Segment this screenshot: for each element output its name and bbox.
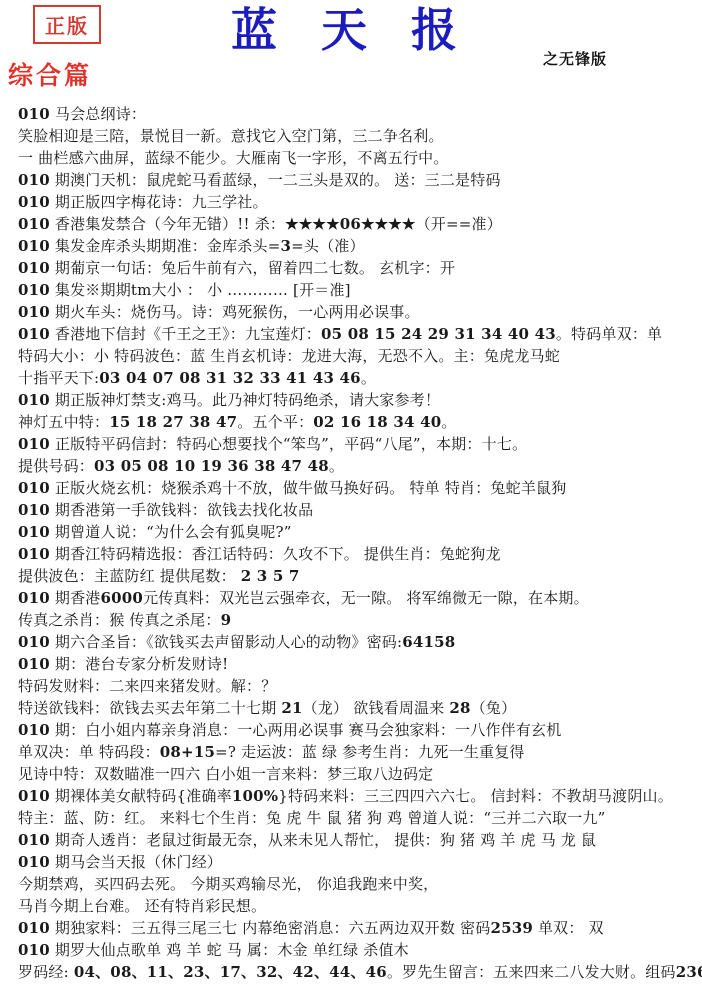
report-line: 一 曲栏感六曲屏，蓝绿不能少。大雁南飞一字形，不离五行中。 [18, 147, 700, 169]
report-line: 010 期葡京一句话：兔后牛前有六，留着四二七数。 玄机字：开 [18, 257, 700, 279]
report-line: 传真之杀肖：猴 传真之杀尾：9 [18, 609, 700, 631]
report-line: 单双决：单 特码段：08+15=? 走运波：蓝 绿 参考生肖：九死一生重复得 [18, 741, 700, 763]
report-line: 010 期正版四字梅花诗：九三学社。 [18, 191, 700, 213]
report-line: 010 期：白小姐内幕亲身消息：一心两用必误事 赛马会独家料：一八作伴有玄机 [18, 719, 700, 741]
report-line: 笑脸相迎是三陪，景悦目一新。意找它入空门第，三二争名利。 [18, 125, 700, 147]
report-line: 010 期：港台专家分析发财诗! [18, 653, 700, 675]
report-line: 010 集发※期期tm大小 ： 小 ………… [开＝准] [18, 279, 700, 301]
report-line: 提供号码：03 05 08 10 19 36 38 47 48。 [18, 455, 700, 477]
report-line: 010 香港地下信封《千王之王》：九宝莲灯：05 08 15 24 29 31 … [18, 323, 700, 345]
report-line: 010 马会总纲诗： [18, 103, 700, 125]
report-line: 010 期澳门天机：鼠虎蛇马看蓝绿，一二三头是双的。 送：三二是特码 [18, 169, 700, 191]
report-line: 见诗中特：双数瞄准一四六 白小姐一言来料：梦三取八边码定 [18, 763, 700, 785]
report-line: 神灯五中特：15 18 27 38 47。五个平：02 16 18 34 40。 [18, 411, 700, 433]
report-line: 特码大小：小 特码波色：蓝 生肖玄机诗：龙进大海，无恐不入。主：兔虎龙马蛇 [18, 345, 700, 367]
report-line: 010 期罗大仙点歌单 鸡 羊 蛇 马 属：木金 单红绿 杀值木 [18, 939, 700, 961]
report-line: 010 期六合圣旨：《欲钱买去声留影动人心的动物》密码:64158 [18, 631, 700, 653]
report-line: 罗码经: 04、08、11、23、17、32、42、44、46。罗先生留言：五来… [18, 961, 700, 983]
report-line: 010 期马会当天报（休门经） [18, 851, 700, 873]
report-line: 010 期正版神灯禁支:鸡马。此乃神灯特码绝杀，请大家参考！ [18, 389, 700, 411]
report-body: 010 马会总纲诗： 笑脸相迎是三陪，景悦目一新。意找它入空门第，三二争名利。 … [18, 103, 700, 983]
report-line: 010 正版火烧玄机：烧猴杀鸡十不放，做牛做马换好码。 特单 特肖：兔蛇羊鼠狗 [18, 477, 700, 499]
report-line: 010 期火车头：烧伤马。诗：鸡死猴伤，一心两用必误事。 [18, 301, 700, 323]
report-line: 010 期香港第一手欲钱料：欲钱去找化妆品 [18, 499, 700, 521]
report-line: 010 期裸体美女献特码{准确率100%}特码来料：三三四四六六七。 信封料：不… [18, 785, 700, 807]
report-line: 特主：蓝、防：红。 来料七个生肖：兔 虎 牛 鼠 猪 狗 鸡 曾道人说：“三并二… [18, 807, 700, 829]
report-line: 010 集发金库杀头期期准：金库杀头=3=头（准） [18, 235, 700, 257]
edition-label: 之无锋版 [543, 48, 607, 69]
report-line: 特送欲钱料：欲钱去买去年第二十七期 21（龙） 欲钱看周温来 28（兔） [18, 697, 700, 719]
section-title: 综合篇 [8, 56, 92, 92]
report-line: 010 正版特平码信封：特码心想要找个“笨鸟”，平码“八尾”，本期：十七。 [18, 433, 700, 455]
report-line: 特码发财料：二来四来猪发财。解：？ [18, 675, 700, 697]
report-line: 010 期独家料：三五得三尾三七 内幕绝密消息：六五两边双开数 密码2539 单… [18, 917, 700, 939]
report-line: 010 香港集发禁合（今年无错）!! 杀：★★★★06★★★★（开==准） [18, 213, 700, 235]
newspaper-page: 正版 蓝 天 报 之无锋版 综合篇 010 马会总纲诗： 笑脸相迎是三陪，景悦目… [0, 0, 702, 997]
report-line: 010 期奇人透肖：老鼠过街最无奈，从来未见人帮忙， 提供：狗 猪 鸡 羊 虎 … [18, 829, 700, 851]
report-line: 010 期曾道人说：“为什么会有狐臭呢?” [18, 521, 700, 543]
report-line: 010 期香江特码精选报：香江话特码：久攻不下。 提供生肖：兔蛇狗龙 [18, 543, 700, 565]
report-line: 提供波色：主蓝防红 提供尾数： 2 3 5 7 [18, 565, 700, 587]
report-line: 今期禁鸡，买四码去死。 今期买鸡输尽光， 你追我跑来中奖， [18, 873, 700, 895]
report-line: 马肖今期上台难。 还有特肖彩民想。 [18, 895, 700, 917]
report-line: 010 期香港6000元传真料：双光岂云强牵衣，无一隙。 将军绵微无一隙，在本期… [18, 587, 700, 609]
report-line: 十指平天下:03 04 07 08 31 32 33 41 43 46。 [18, 367, 700, 389]
